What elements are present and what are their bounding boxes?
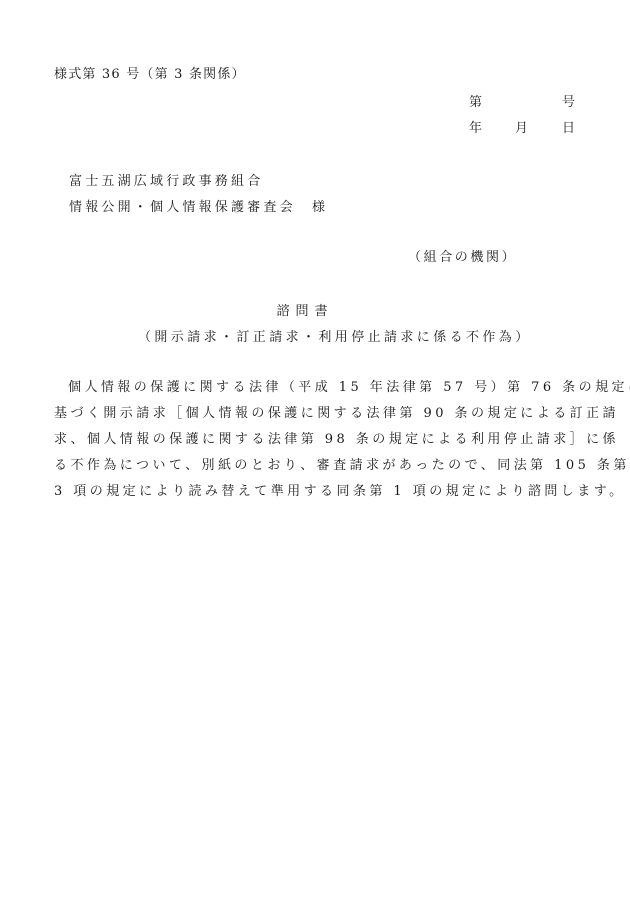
date-day-label: 日 (562, 121, 576, 137)
title-char: 書 (315, 304, 328, 320)
document-number-suffix: 号 (562, 95, 576, 111)
body-line-text: 個人情報の保護に関する法律（平成 15 年法律第 57 号）第 76 条の規定に (68, 380, 630, 395)
body-line: 求、個人情報の保護に関する法律第 98 条の規定による利用停止請求］に係 (54, 432, 578, 448)
date-month-label: 月 (515, 121, 529, 137)
body-line: 基づく開示請求［個人情報の保護に関する法律第 90 条の規定による訂正請 (54, 406, 578, 422)
sender-organ-label: （組合の機関） (408, 250, 517, 266)
document-title: 諮 問 書 (0, 304, 630, 320)
addressee-committee: 情報公開・個人情報保護審査会 様 (69, 200, 328, 216)
form-number: 様式第 36 号（第 3 条関係） (54, 67, 246, 83)
date-year-label: 年 (469, 121, 483, 137)
document-number-prefix: 第 (469, 95, 483, 111)
document-subtitle: （開示請求・訂正請求・利用停止請求に係る不作為） (138, 330, 532, 346)
title-char: 問 (295, 304, 308, 320)
addressee-organization: 富士五湖広域行政事務組合 (69, 174, 263, 190)
title-char: 諮 (276, 304, 289, 320)
body-line: 個人情報の保護に関する法律（平成 15 年法律第 57 号）第 76 条の規定に (54, 380, 578, 396)
body-line: る不作為について、別紙のとおり、審査請求があったので、同法第 105 条第 (54, 458, 578, 474)
body-line: 3 項の規定により読み替えて準用する同条第 1 項の規定により諮問します。 (54, 484, 578, 500)
